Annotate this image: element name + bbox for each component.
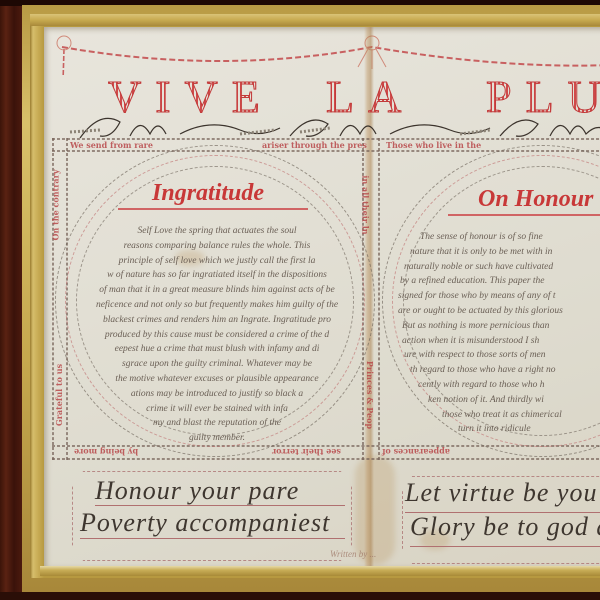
essay-line: eepest hue a crime that must blush with …: [72, 342, 362, 357]
essay-line: are or ought to be actuated by this glor…: [398, 304, 600, 319]
essay-line: cently with regard to those who h: [398, 378, 600, 393]
panel-border-center-right: [378, 138, 380, 460]
essay-line: naturally noble or such have cultivated: [398, 260, 600, 275]
border-text-bottom-left: by being more: [74, 447, 138, 457]
essay-line: turn it into ridicule: [398, 422, 600, 437]
border-text-left-upper: On the contrary: [50, 170, 60, 241]
essay-line: ure with respect to those sorts of men: [398, 348, 600, 363]
border-text-top-middle: ariser through the pres: [262, 140, 367, 150]
essay-line: But as nothing is more pernicious than: [398, 319, 600, 334]
essay-line: The sense of honour is of so fine: [398, 230, 600, 245]
essay-line: reasons comparing balance rules the whol…: [72, 239, 362, 254]
essay-line: ken notion of it. And thirdly wi: [398, 393, 600, 408]
panel-heading-ingratitude: Ingratitude: [152, 180, 264, 207]
motto-line-honour: Honour your pare: [95, 476, 299, 506]
essay-line: produced by this cause must be considere…: [72, 328, 362, 343]
essay-line: those who treat it as chimerical: [398, 408, 600, 423]
gilt-frame-bottom-bevel: [40, 566, 600, 576]
motto-line-poverty: Poverty accompaniest: [80, 508, 330, 538]
essay-text-ingratitude: Self Love the spring that actuates the s…: [72, 224, 362, 446]
heading-rule-right: [448, 214, 600, 216]
border-text-top-right: Those who live in the: [386, 140, 481, 150]
essay-line: th regard to those who have a right no: [398, 363, 600, 378]
border-text-center-upper: in all their ln: [361, 175, 371, 234]
wooden-frame-bottom-edge: [0, 592, 600, 600]
essay-line: of man that it in a great measure blinds…: [72, 283, 362, 298]
essay-line: nature that it is only to be met with in: [398, 245, 600, 260]
essay-line: neficence and not only so but frequently…: [72, 298, 362, 313]
heading-rule-left: [118, 208, 308, 210]
essay-line: by a refined education. This paper the: [398, 274, 600, 289]
essay-line: the motive whatever excuses or plausible…: [72, 372, 362, 387]
gilt-frame-top-bevel: [30, 14, 600, 26]
essay-line: signed for those who by means of any of …: [398, 289, 600, 304]
essay-line: ations may be introduced to justify so b…: [72, 387, 362, 402]
pen-flourish-border: [60, 108, 600, 142]
ribbon-swag-garland-decoration: [52, 35, 600, 75]
border-text-left-lower: Grateful to us: [54, 364, 64, 426]
essay-line: sgrace upon the guilty criminal. Whateve…: [72, 357, 362, 372]
border-text-bottom-right: appearances of: [382, 447, 450, 457]
essay-line: blackest crimes and renders him an Ingra…: [72, 313, 362, 328]
motto-rule: [80, 538, 345, 539]
motto-line-glory: Glory be to god a: [410, 512, 600, 542]
border-text-center-lower: Princes & Peop: [365, 361, 375, 429]
panel-border-outer-bottom: [52, 458, 600, 460]
motto-rule: [410, 546, 600, 547]
essay-line: crime it will ever be stained with infa: [72, 402, 362, 417]
border-text-top-left: We send from rare: [70, 140, 153, 150]
penman-signature: Written by ...: [330, 549, 376, 559]
essay-line: action when it is misunderstood I sh: [398, 334, 600, 349]
essay-line: my and blast the reputation of the: [72, 416, 362, 431]
motto-rule: [95, 505, 345, 506]
essay-line: Self Love the spring that actuates the s…: [72, 224, 362, 239]
motto-line-virtue: Let virtue be you: [405, 478, 597, 508]
panel-heading-on-honour: On Honour: [478, 186, 593, 213]
essay-text-on-honour: The sense of honour is of so fine nature…: [398, 230, 600, 437]
essay-line: w of nature has so far ingratiated itsel…: [72, 268, 362, 283]
border-text-bottom-middle: see their terror: [272, 447, 341, 457]
essay-line: principle of self love which we justly c…: [72, 254, 362, 269]
essay-line: guilty member.: [72, 431, 362, 446]
